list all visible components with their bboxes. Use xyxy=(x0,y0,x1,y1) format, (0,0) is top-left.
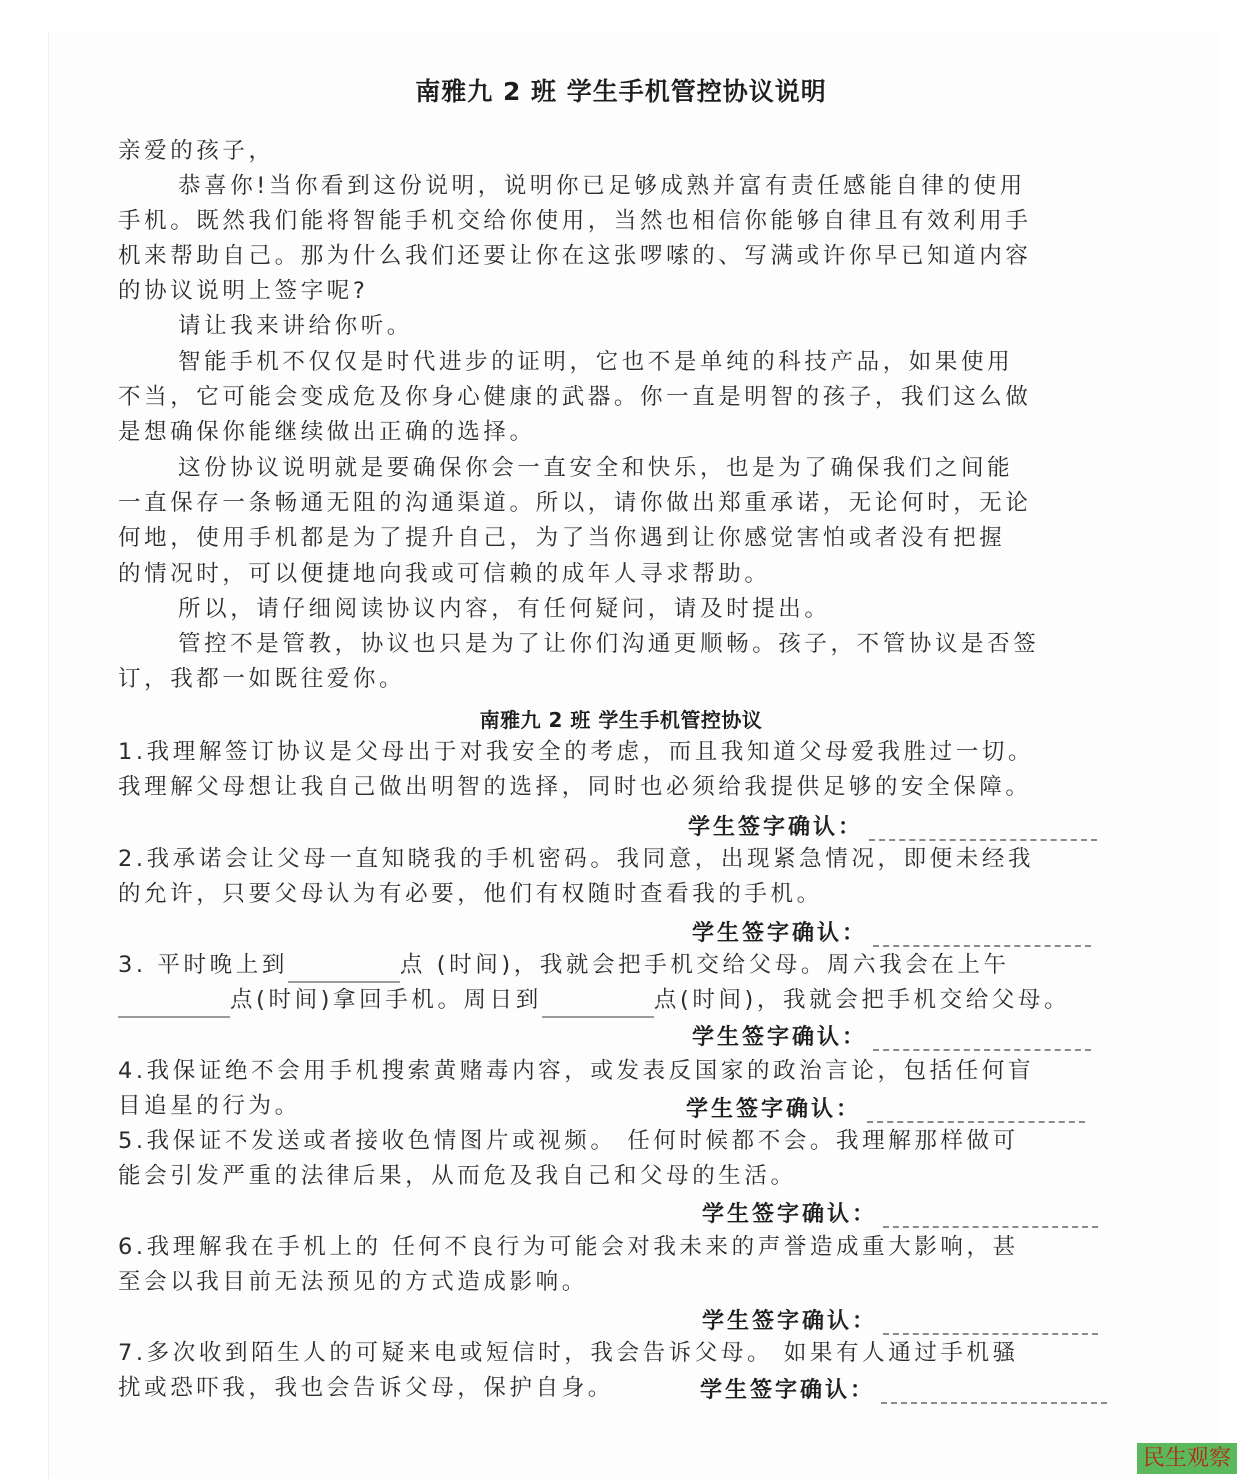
signature-field-2: 学生签字确认： xyxy=(692,916,1091,947)
item-2-line: 的允许，只要父母认为有必要，他们有权随时查看我的手机。 xyxy=(118,877,823,912)
signature-line-6[interactable] xyxy=(883,1311,1098,1335)
signature-field-5: 学生签字确认： xyxy=(702,1197,1098,1228)
item-4-line: 4.我保证绝不会用手机搜索黄赌毒内容，或发表反国家的政治言论，包括任何盲 xyxy=(118,1054,1034,1089)
item-3-text: 点 (时间)，我就会把手机交给父母。周六我会在上午 xyxy=(400,952,1010,978)
item-3-text: 点(时间)，我就会把手机交给父母。 xyxy=(654,987,1070,1013)
intro-line: 管控不是管教，协议也只是为了让你们沟通更顺畅。孩子，不管协议是否签 xyxy=(178,627,1039,662)
signature-label: 学生签字确认： xyxy=(700,1378,875,1403)
signature-label: 学生签字确认： xyxy=(702,1309,877,1334)
intro-line: 智能手机不仅仅是时代进步的证明，它也不是单纯的科技产品，如果使用 xyxy=(178,345,1013,380)
item-4-line: 目追星的行为。 xyxy=(118,1089,301,1124)
signature-line-3[interactable] xyxy=(873,1027,1091,1051)
item-6-line: 至会以我目前无法预见的方式造成影响。 xyxy=(118,1265,588,1300)
item-3-line-1: 3. 平时晚上到点 (时间)，我就会把手机交给父母。周六我会在上午 xyxy=(118,948,1010,983)
item-5-line: 5.我保证不发送或者接收色情图片或视频。 任何时候都不会。我理解那样做可 xyxy=(118,1124,1019,1159)
item-7-line: 扰或恐吓我，我也会告诉父母，保护自身。 xyxy=(118,1371,614,1406)
item-3-line-2: 点(时间)拿回手机。周日到点(时间)，我就会把手机交给父母。 xyxy=(118,983,1070,1018)
item-3-text: 点(时间)拿回手机。周日到 xyxy=(230,987,542,1013)
item-1-line: 1.我理解签订协议是父母出于对我安全的考虑，而且我知道父母爱我胜过一切。 xyxy=(118,735,1034,770)
intro-line: 请让我来讲给你听。 xyxy=(178,309,413,344)
item-5-line: 能会引发严重的法律后果，从而危及我自己和父母的生活。 xyxy=(118,1159,797,1194)
signature-line-2[interactable] xyxy=(873,923,1091,947)
signature-field-6: 学生签字确认： xyxy=(702,1304,1098,1335)
signature-field-4: 学生签字确认： xyxy=(686,1092,1085,1123)
signature-label: 学生签字确认： xyxy=(688,815,863,840)
intro-line: 机来帮助自己。那为什么我们还要让你在这张啰嗦的、写满或许你早已知道内容 xyxy=(118,239,1032,274)
signature-line-4[interactable] xyxy=(867,1099,1085,1123)
intro-line: 订，我都一如既往爱你。 xyxy=(118,662,405,697)
intro-line: 的情况时，可以便捷地向我或可信赖的成年人寻求帮助。 xyxy=(118,557,771,592)
saturday-time-blank[interactable] xyxy=(118,994,230,1018)
intro-line: 这份协议说明就是要确保你会一直安全和快乐，也是为了确保我们之间能 xyxy=(178,451,1013,486)
agreement-title: 南雅九 2 班 学生手机管控协议 xyxy=(0,704,1242,733)
signature-line-5[interactable] xyxy=(883,1204,1098,1228)
signature-field-7: 学生签字确认： xyxy=(700,1373,1107,1404)
intro-line: 手机。既然我们能将智能手机交给你使用，当然也相信你能够自律且有效利用手 xyxy=(118,204,1032,239)
item-1-line: 我理解父母想让我自己做出明智的选择，同时也必须给我提供足够的安全保障。 xyxy=(118,770,1032,805)
intro-line: 不当，它可能会变成危及你身心健康的武器。你一直是明智的孩子，我们这么做 xyxy=(118,380,1032,415)
intro-line: 恭喜你!当你看到这份说明，说明你已足够成熟并富有责任感能自律的使用 xyxy=(178,169,1026,204)
item-2-line: 2.我承诺会让父母一直知晓我的手机密码。我同意，出现紧急情况，即便未经我 xyxy=(118,842,1034,877)
signature-label: 学生签字确认： xyxy=(692,921,867,946)
evening-time-blank[interactable] xyxy=(288,959,400,983)
signature-field-1: 学生签字确认： xyxy=(688,810,1097,841)
signature-field-3: 学生签字确认： xyxy=(692,1020,1091,1051)
signature-label: 学生签字确认： xyxy=(686,1097,861,1122)
salutation: 亲爱的孩子， xyxy=(118,134,275,169)
intro-line: 的协议说明上签字呢? xyxy=(118,274,368,309)
item-6-line: 6.我理解我在手机上的 任何不良行为可能会对我未来的声誉造成重大影响，甚 xyxy=(118,1230,1019,1265)
watermark-badge: 民生观察 xyxy=(1137,1443,1237,1474)
signature-line-1[interactable] xyxy=(869,817,1097,841)
item-7-line: 7.多次收到陌生人的可疑来电或短信时，我会告诉父母。 如果有人通过手机骚 xyxy=(118,1336,1019,1371)
signature-label: 学生签字确认： xyxy=(702,1202,877,1227)
intro-line: 何地，使用手机都是为了提升自己，为了当你遇到让你感觉害怕或者没有把握 xyxy=(118,521,1005,556)
intro-line: 所以，请仔细阅读协议内容，有任何疑问，请及时提出。 xyxy=(178,592,831,627)
item-3-text: 3. 平时晚上到 xyxy=(118,952,288,978)
sunday-time-blank[interactable] xyxy=(542,994,654,1018)
intro-line: 是想确保你能继续做出正确的选择。 xyxy=(118,415,536,450)
document-title: 南雅九 2 班 学生手机管控协议说明 xyxy=(0,72,1242,108)
intro-line: 一直保存一条畅通无阻的沟通渠道。所以，请你做出郑重承诺，无论何时，无论 xyxy=(118,486,1032,521)
signature-line-7[interactable] xyxy=(881,1380,1107,1404)
signature-label: 学生签字确认： xyxy=(692,1025,867,1050)
